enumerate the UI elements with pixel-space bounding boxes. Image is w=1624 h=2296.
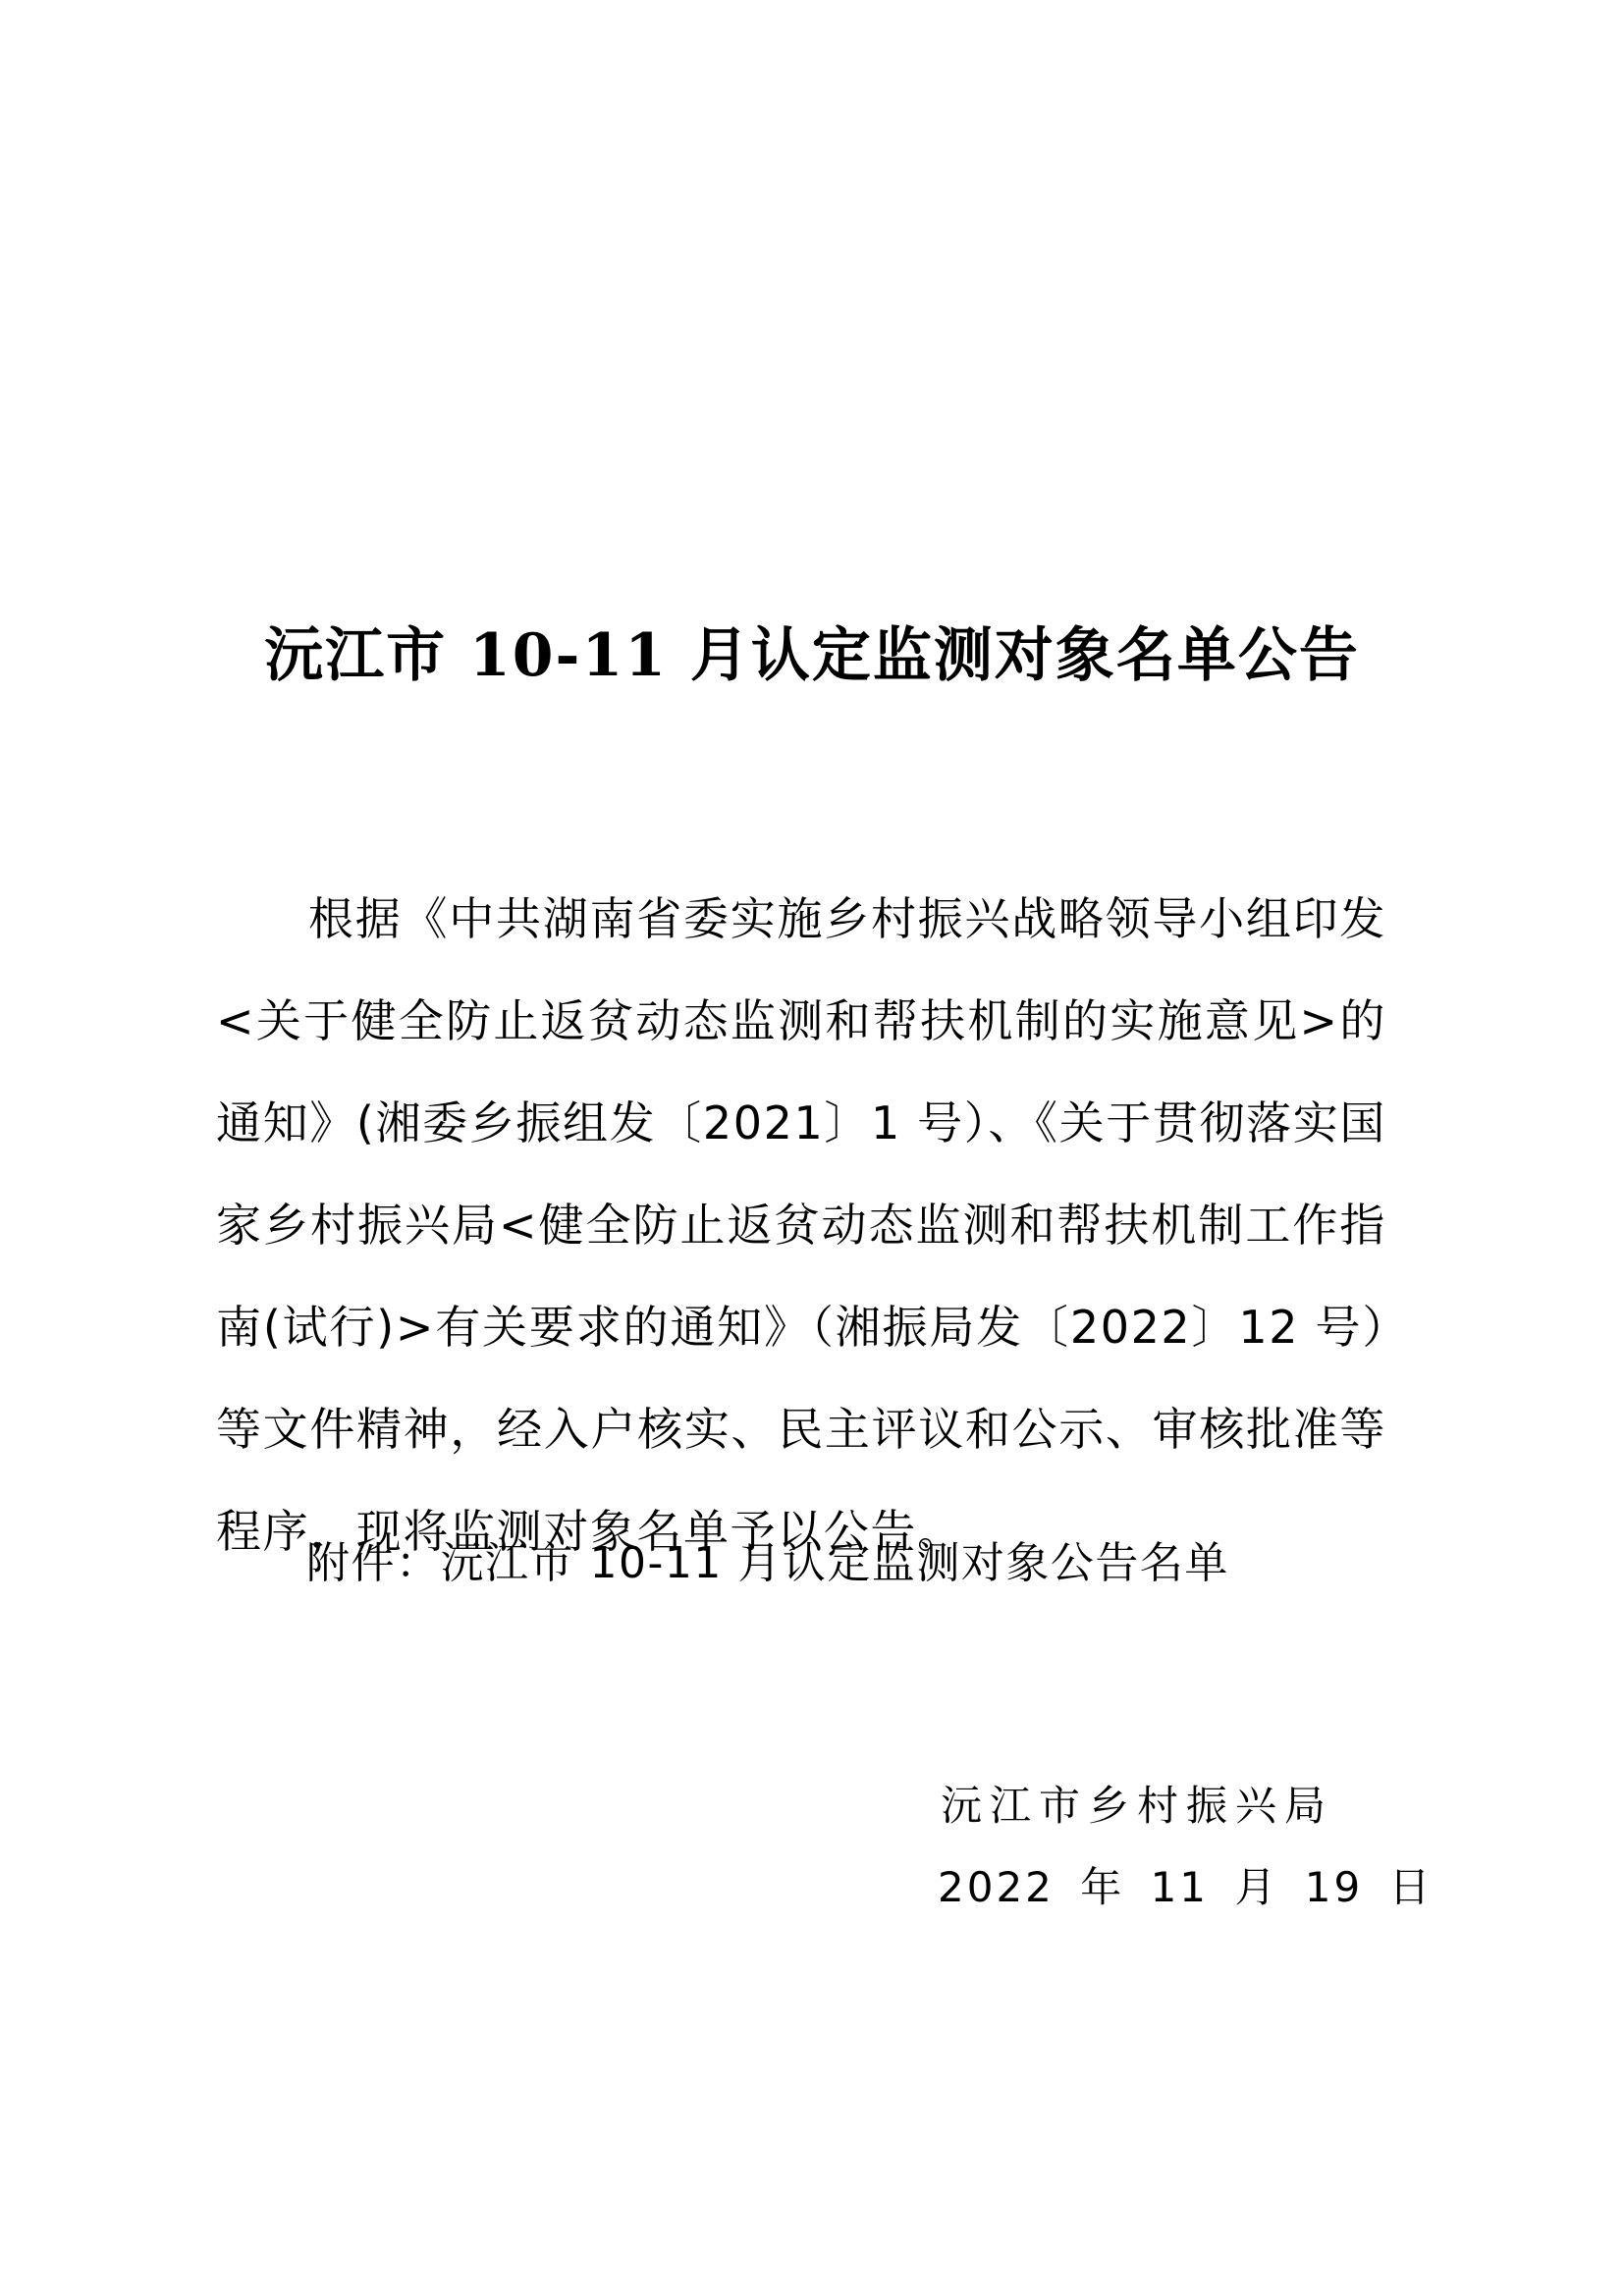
document-page: 沅江市 10-11 月认定监测对象名单公告 根据《中共湖南省委实施乡村振兴战略领… (0, 0, 1624, 2296)
issue-date: 2022 年 11 月 19 日 (938, 1858, 1434, 1917)
document-title: 沅江市 10-11 月认定监测对象名单公告 (0, 616, 1624, 695)
issuer-signature: 沅江市乡村振兴局 (941, 1777, 1333, 1836)
attachment-note: 附件：沅江市 10-11 月认定监测对象公告名单 (306, 1524, 1229, 1603)
document-body-paragraph: 根据《中共湖南省委实施乡村振兴战略领导小组印发<关于健全防止返贫动态监测和帮扶机… (216, 868, 1386, 1582)
